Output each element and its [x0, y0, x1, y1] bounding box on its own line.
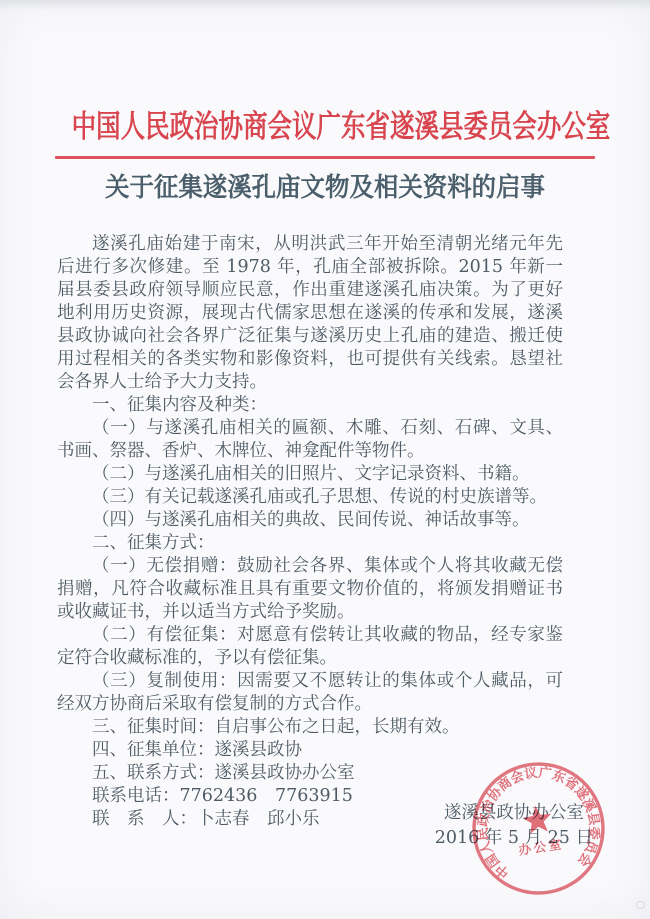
scanned-document-page: 中国人民政治协商会议广东省遂溪县委员会办公室 关于征集遂溪孔庙文物及相关资料的启…: [0, 0, 650, 919]
body-paragraph: 五、联系方式：遂溪县政协办公室: [57, 762, 563, 785]
org-title-line: 中国人民政治协商会议广东省遂溪县委员会办公室: [0, 0, 650, 151]
doc-title: 关于征集遂溪孔庙文物及相关资料的启事: [105, 172, 545, 204]
body-paragraph: （二）与遂溪孔庙相关的旧照片、文字记录资料、书籍。: [57, 463, 563, 486]
signature-org: 遂溪县政协办公室: [435, 801, 593, 826]
signature-date: 2016 年 5 月 25 日: [435, 826, 593, 851]
scan-speck: [636, 901, 645, 909]
red-divider-rule: [55, 156, 595, 159]
body-paragraph: （一）与遂溪孔庙相关的匾额、木雕、石刻、石碑、文具、书画、祭器、香炉、木牌位、神…: [57, 417, 563, 463]
doc-title-line: 关于征集遂溪孔庙文物及相关资料的启事: [0, 172, 650, 207]
body-paragraph: 四、征集单位：遂溪县政协: [57, 739, 563, 762]
body-paragraph: 一、征集内容及种类：: [57, 394, 563, 417]
body-paragraph: （三）有关记载遂溪孔庙或孔子思想、传说的村史族谱等。: [57, 486, 563, 509]
body-paragraph: 遂溪孔庙始建于南宋，从明洪武三年开始至清朝光绪元年先后进行多次修建。至 1978…: [57, 233, 563, 394]
body-paragraph: 三、征集时间：自启事公布之日起，长期有效。: [57, 716, 563, 739]
document-header: 中国人民政治协商会议广东省遂溪县委员会办公室 关于征集遂溪孔庙文物及相关资料的启…: [0, 0, 650, 207]
signature-block: 遂溪县政协办公室 2016 年 5 月 25 日: [435, 801, 593, 851]
body-paragraph: （一）无偿捐赠：鼓励社会各界、集体或个人将其收藏无偿捐赠，凡符合收藏标准且具有重…: [57, 555, 563, 624]
body-paragraph: （二）有偿征集：对愿意有偿转让其收藏的物品，经专家鉴定符合收藏标准的，予以有偿征…: [57, 624, 563, 670]
org-title: 中国人民政治协商会议广东省遂溪县委员会办公室: [72, 108, 611, 146]
body-paragraph: 二、征集方式：: [57, 532, 563, 555]
body-text: 遂溪孔庙始建于南宋，从明洪武三年开始至清朝光绪元年先后进行多次修建。至 1978…: [57, 233, 563, 831]
body-paragraph: （四）与遂溪孔庙相关的典故、民间传说、神话故事等。: [57, 509, 563, 532]
body-paragraph: （三）复制使用：因需要又不愿转让的集体或个人藏品，可经双方协商后采取有偿复制的方…: [57, 670, 563, 716]
